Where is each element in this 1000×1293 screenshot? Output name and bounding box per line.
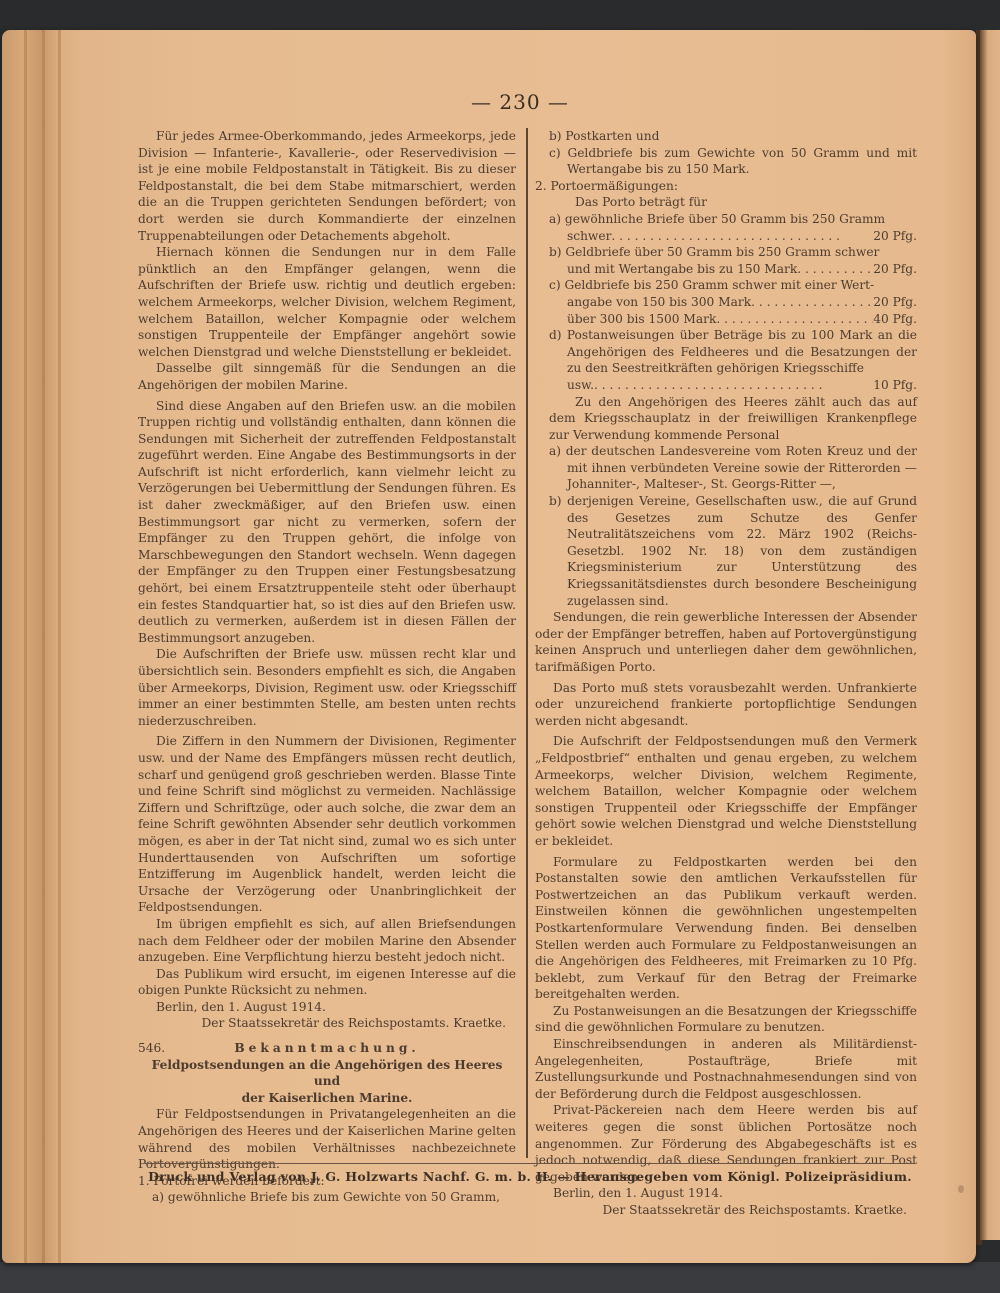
right-column: b) Postkarten und c) Geldbriefe bis zum …	[535, 128, 917, 1219]
paragraph: Sendungen, die rein gewerbliche Interess…	[535, 609, 917, 675]
notice-heading: 546. Bekanntmachung.	[138, 1040, 516, 1057]
rate-item: c) Geldbriefe bis 250 Gramm schwer mit e…	[535, 277, 917, 327]
section-intro: Das Porto beträgt für	[535, 194, 917, 211]
notice-number: 546.	[138, 1040, 178, 1057]
dateline: Berlin, den 1. August 1914.	[138, 999, 516, 1016]
paragraph: Die Aufschriften der Briefe usw. müssen …	[138, 646, 516, 729]
page-stack-edge	[24, 30, 27, 1263]
page-number: — 230 —	[440, 90, 600, 114]
paragraph: Im übrigen empfiehlt es sich, auf allen …	[138, 916, 516, 966]
dateline: Berlin, den 1. August 1914.	[535, 1185, 917, 1202]
list-item: b) derjenigen Vereine, Gesellschaften us…	[535, 493, 917, 609]
paragraph: Das Porto muß stets vorausbezahlt werden…	[535, 680, 917, 730]
paragraph: Die Aufschrift der Feldpostsendungen muß…	[535, 733, 917, 849]
list-item: c) Geldbriefe bis zum Gewichte von 50 Gr…	[535, 145, 917, 178]
paragraph: Dasselbe gilt sinngemäß für die Sendunge…	[138, 360, 516, 393]
paper-stain	[958, 1185, 964, 1193]
adjacent-page-edge	[980, 30, 1000, 1240]
left-column: Für jedes Armee-Oberkommando, jedes Arme…	[138, 128, 516, 1206]
paragraph: Zu Postanweisungen an die Besatzungen de…	[535, 1003, 917, 1036]
paragraph: Formulare zu Feldpostkarten werden bei d…	[535, 854, 917, 1003]
signature: Der Staatssekretär des Reichspostamts. K…	[535, 1202, 917, 1219]
imprint-footer: Druck und Verlag von J. G. Holzwarts Nac…	[140, 1169, 920, 1184]
price: 20 Pfg.	[873, 228, 917, 245]
price: 10 Pfg.	[873, 377, 917, 394]
list-item: a) der deutschen Landesvereine vom Roten…	[535, 443, 917, 493]
paragraph: Hiernach können die Sendungen nur in dem…	[138, 244, 516, 360]
notice-subtitle: der Kaiserlichen Marine.	[138, 1090, 516, 1107]
paragraph: Das Publikum wird ersucht, im eigenen In…	[138, 966, 516, 999]
notice-title: Bekanntmachung.	[178, 1040, 476, 1057]
paragraph: Einschreibsendungen in anderen als Milit…	[535, 1036, 917, 1102]
rate-item: a) gewöhnliche Briefe über 50 Gramm bis …	[535, 211, 917, 244]
footer-rule	[145, 1163, 915, 1164]
notice-subtitle: Feldpostsendungen an die Angehörigen des…	[138, 1057, 516, 1090]
paragraph: Zu den Angehörigen des Heeres zählt auch…	[535, 394, 917, 444]
list-item: b) Postkarten und	[535, 128, 917, 145]
signature: Der Staatssekretär des Reichspostamts. K…	[138, 1015, 516, 1032]
price: 20 Pfg.	[873, 294, 917, 311]
rate-item: d) Postanweisungen über Beträge bis zu 1…	[535, 327, 917, 393]
book-cover-background	[0, 1262, 1000, 1293]
page-stack-edge	[58, 30, 61, 1263]
page-stack-edge	[42, 30, 45, 1263]
paragraph: Die Ziffern in den Nummern der Divisione…	[138, 733, 516, 916]
column-divider	[526, 128, 528, 1158]
section-heading: 2. Portoermäßigungen:	[535, 178, 917, 195]
paragraph: Sind diese Angaben auf den Briefen usw. …	[138, 398, 516, 647]
rate-item: b) Geldbriefe über 50 Gramm bis 250 Gram…	[535, 244, 917, 277]
list-item: a) gewöhnliche Briefe bis zum Gewichte v…	[138, 1189, 516, 1206]
price: 20 Pfg.	[873, 261, 917, 278]
price: 40 Pfg.	[873, 311, 917, 328]
paragraph: Für jedes Armee-Oberkommando, jedes Arme…	[138, 128, 516, 244]
